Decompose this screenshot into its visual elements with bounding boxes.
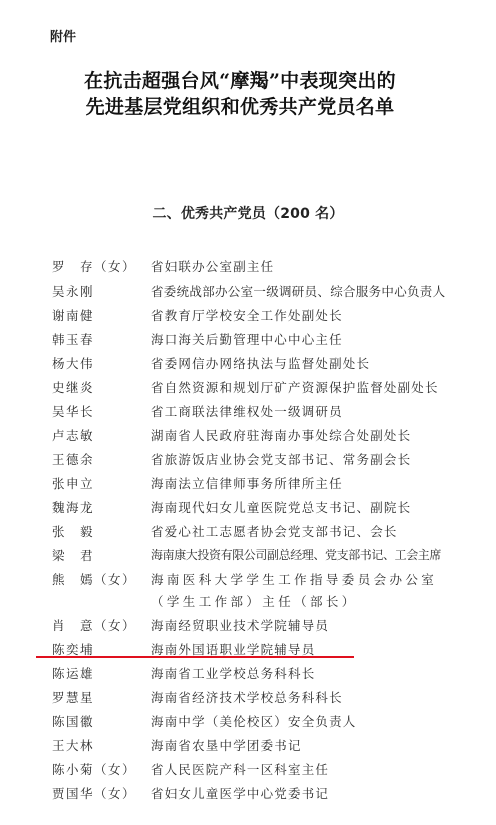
member-name: 张 毅 bbox=[52, 523, 94, 540]
member-title: 省爱心社工志愿者协会党支部书记、会长 bbox=[151, 523, 481, 540]
member-title: 省妇联办公室副主任 bbox=[151, 258, 481, 275]
member-name: 罗慧星 bbox=[52, 689, 94, 706]
member-name: 梁 君 bbox=[52, 547, 94, 564]
member-name: 王大林 bbox=[52, 737, 94, 754]
member-name: 贾国华（女） bbox=[52, 785, 136, 802]
member-title: 海南省农垦中学团委书记 bbox=[151, 737, 481, 754]
member-name: 魏海龙 bbox=[52, 499, 94, 516]
member-title: 海南省经济技术学校总务科科长 bbox=[151, 689, 481, 706]
member-name: 王德余 bbox=[52, 451, 94, 468]
member-title: 海南经贸职业技术学院辅导员 bbox=[151, 617, 481, 634]
member-title: 海南现代妇女儿童医院党总支书记、副院长 bbox=[151, 499, 481, 516]
member-name: 卢志敏 bbox=[52, 427, 94, 444]
member-title: 省委网信办网络执法与监督处副处长 bbox=[151, 355, 481, 372]
member-name: 张申立 bbox=[52, 475, 94, 492]
member-title: 海口海关后勤管理中心中心主任 bbox=[151, 331, 481, 348]
member-title: 省妇女儿童医学中心党委书记 bbox=[151, 785, 481, 802]
member-name: 罗 存（女） bbox=[52, 258, 136, 275]
member-title: 省人民医院产科一区科室主任 bbox=[151, 761, 481, 778]
member-name: 吴永刚 bbox=[52, 283, 94, 300]
member-name: 肖 意（女） bbox=[52, 617, 136, 634]
member-name: 韩玉春 bbox=[52, 331, 94, 348]
member-name: 陈国徽 bbox=[52, 713, 94, 730]
member-title: 海南法立信律师事务所律所主任 bbox=[151, 475, 481, 492]
section-heading: 二、优秀共产党员（200 名） bbox=[0, 203, 496, 223]
member-name: 史继炎 bbox=[52, 379, 94, 396]
attachment-label: 附件 bbox=[50, 26, 76, 45]
member-name: 陈运雄 bbox=[52, 665, 94, 682]
member-title: 省教育厅学校安全工作处副处长 bbox=[151, 307, 481, 324]
member-name: 熊 嫣（女） bbox=[52, 571, 136, 588]
document-title-line-1: 在抗击超强台风“摩羯”中表现突出的 bbox=[0, 68, 488, 94]
red-highlight-underline bbox=[36, 656, 354, 658]
member-title: 湖南省人民政府驻海南办事处综合处副处长 bbox=[151, 427, 481, 444]
member-name: 陈小菊（女） bbox=[52, 761, 136, 778]
member-title: 省工商联法律维权处一级调研员 bbox=[151, 403, 481, 420]
member-name: 谢南健 bbox=[52, 307, 94, 324]
member-title: 省旅游饭店业协会党支部书记、常务副会长 bbox=[151, 451, 481, 468]
member-title: 省自然资源和规划厅矿产资源保护监督处副处长 bbox=[151, 379, 481, 396]
member-title: 海南中学（美伦校区）安全负责人 bbox=[151, 713, 481, 730]
member-name: 杨大伟 bbox=[52, 355, 94, 372]
member-name: 吴华长 bbox=[52, 403, 94, 420]
member-title: 省委统战部办公室一级调研员、综合服务中心负责人 bbox=[151, 283, 481, 300]
member-title: 海南康大投资有限公司副总经理、党支部书记、工会主席 bbox=[151, 547, 481, 564]
member-title: 海南医科大学学生工作指导委员会办公室 （学生工作部）主任（部长） bbox=[151, 569, 481, 613]
document-title-line-2: 先进基层党组织和优秀共产党员名单 bbox=[0, 94, 488, 120]
member-title: 海南省工业学校总务科科长 bbox=[151, 665, 481, 682]
